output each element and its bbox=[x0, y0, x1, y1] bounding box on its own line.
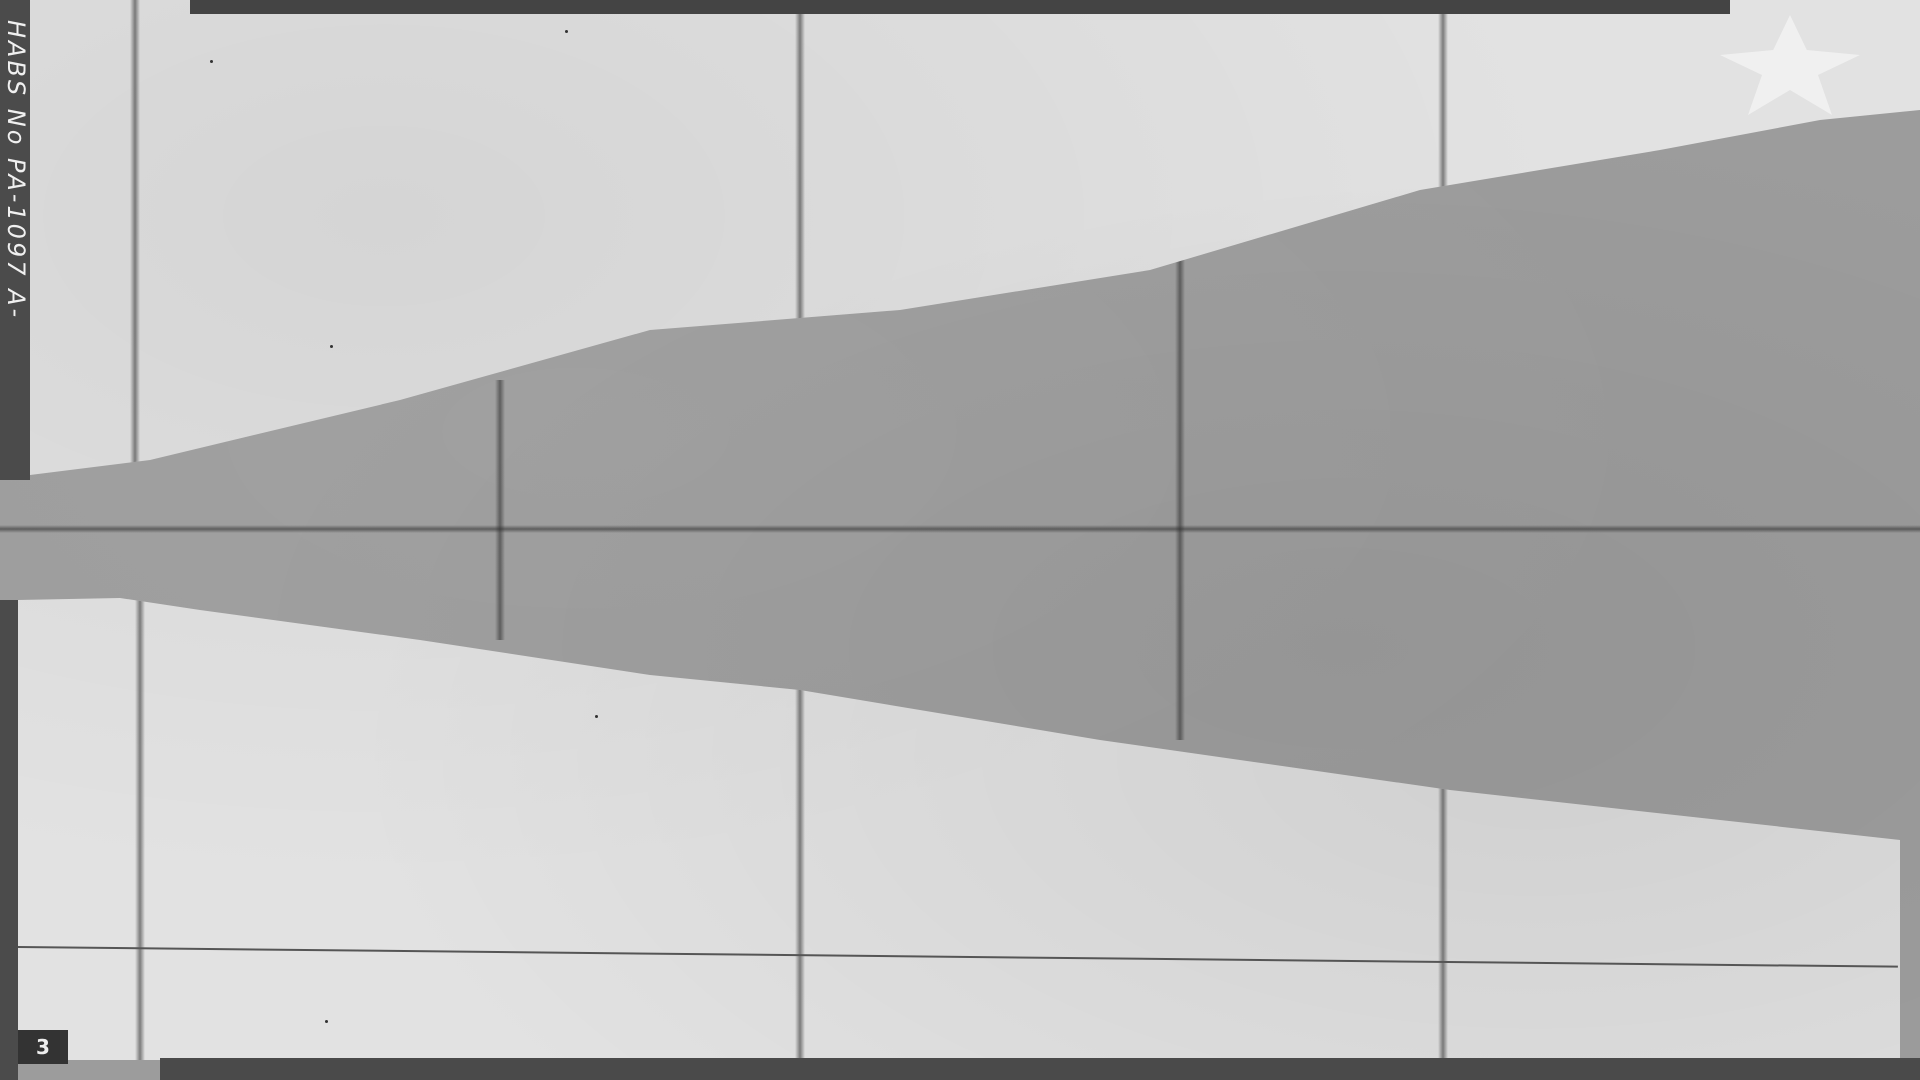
fold-crease bbox=[1438, 780, 1448, 1080]
paper-speck bbox=[210, 60, 213, 63]
paper-speck bbox=[595, 715, 598, 718]
bottom-dark-edge bbox=[160, 1058, 1920, 1080]
fold-crease bbox=[130, 0, 140, 470]
paper-speck bbox=[565, 30, 568, 33]
fold-crease bbox=[795, 680, 805, 1080]
fold-crease bbox=[795, 0, 805, 330]
left-label-strip-bottom bbox=[0, 600, 18, 1080]
paper-speck bbox=[325, 1020, 328, 1023]
paper-speck bbox=[330, 345, 333, 348]
habs-number-label: HABS No PA-1097 A- bbox=[2, 20, 30, 460]
fold-crease bbox=[135, 600, 145, 1080]
sheet-number-marker: 3 bbox=[18, 1030, 68, 1064]
fold-crease bbox=[0, 525, 1920, 533]
torn-paper-artwork: HABS No PA-1097 A- 3 bbox=[0, 0, 1920, 1080]
fold-crease bbox=[1438, 0, 1448, 200]
fold-crease bbox=[495, 380, 505, 640]
top-dark-edge bbox=[190, 0, 1730, 14]
fold-crease bbox=[1175, 260, 1185, 740]
